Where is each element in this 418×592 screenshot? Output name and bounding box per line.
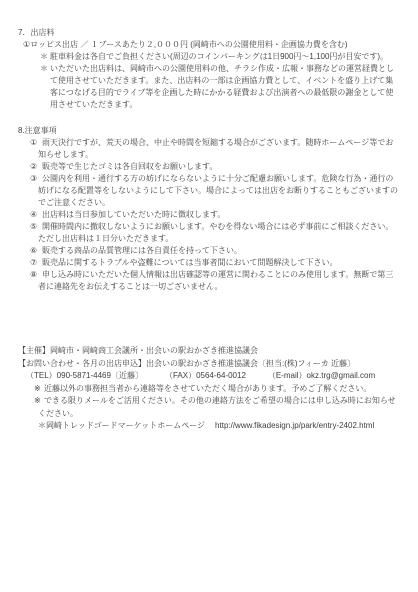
circled-number: ⑧ — [30, 269, 42, 281]
staff-note: ※近藤以外の事務担当者から連絡等をさせていただく場合があります。予めご了解くださ… — [18, 383, 401, 396]
parking-note: ＊駐車料金は各自でご負担ください(周辺のコインパーキングは1日900円～1,10… — [18, 51, 401, 63]
email-preference-note-text: できる限りメールをご活用ください。その他の連絡方法をご希望の場合には申し込み時に… — [38, 396, 396, 418]
asterisk-marker: ＊ — [40, 63, 50, 75]
notice-item-8: ⑧申し込み時にいただいた個人情報は出店確認等の運営に関わることにのみ使用します。… — [18, 269, 401, 293]
notice-item-1: ①雨天決行ですが、荒天の場合、中止や時間を短縮する場合がございます。随時ホームペ… — [18, 137, 401, 161]
fee-usage-note: ＊いただいた出店料は、岡崎市への公園使用料の他、チラシ作成・広報・事務などの運営… — [18, 63, 401, 111]
notice-item-6: ⑥販売する商品の品質管理には各自責任を持って下さい。 — [18, 245, 401, 257]
document-page: 7．出店料 ①ロッピス出店 ／ １ブースあたり２,０００円 (岡崎市への公園使用… — [0, 0, 418, 592]
circled-number: ④ — [30, 209, 42, 221]
staff-note-text: 近藤以外の事務担当者から連絡等をさせていただく場合があります。予めご了解ください… — [44, 384, 371, 393]
notice-item-7: ⑦販売品に関するトラブルや盗難については当事者間において問題解決して下さい。 — [18, 257, 401, 269]
organizer-line: 【主催】岡崎市・岡崎商工会議所・出会いの駅おかざき推進協議会 — [18, 345, 401, 358]
notice-item-3: ③公園内を利用・通行する方の妨げにならないように十分ご配慮お願いします。危険な行… — [18, 173, 401, 209]
circled-number: ⑥ — [30, 245, 42, 257]
booth-fee-line: ①ロッピス出店 ／ １ブースあたり２,０００円 (岡崎市への公園使用料・企画協力… — [23, 39, 401, 51]
email-preference-note: ※できる限りメールをご活用ください。その他の連絡方法をご希望の場合には申し込み時… — [18, 395, 401, 420]
notice-text: 販売する商品の品質管理には各自責任を持って下さい。 — [42, 246, 242, 255]
circled-number: ⑤ — [30, 221, 42, 233]
notice-text: 販売品に関するトラブルや盗難については当事者間において問題解決して下さい。 — [42, 258, 338, 267]
circled-number: ③ — [30, 173, 42, 185]
kome-marker: ※ — [34, 383, 44, 396]
asterisk-marker: ＊ — [40, 51, 50, 63]
notice-item-2: ②販売等で生じたゴミは各自回収をお願いします。 — [18, 161, 401, 173]
contact-line: 【お問い合わせ・各月の出店申込】出会いの駅おかざき推進協議会〔担当:(株)フィー… — [18, 358, 401, 371]
tel-value: （TEL）090-5871-4469〔近藤〕 — [26, 370, 143, 383]
contact-block: 【主催】岡崎市・岡崎商工会議所・出会いの駅おかざき推進協議会 【お問い合わせ・各… — [18, 345, 401, 433]
notice-text: 販売等で生じたゴミは各自回収をお願いします。 — [42, 162, 217, 171]
kome-marker: ※ — [34, 395, 44, 408]
section-notices: 8.注意事項 ①雨天決行ですが、荒天の場合、中止や時間を短縮する場合がございます… — [18, 125, 401, 293]
section7-heading: 7．出店料 — [18, 27, 401, 39]
notice-text: 出店料は当日参加していただいた時に徴収します。 — [42, 210, 225, 219]
email-value: （E-mail）okz.trg@gmail.com — [268, 370, 375, 383]
notice-text: 公園内を利用・通行する方の妨げにならないように十分ご配慮お願いします。危険な行為… — [38, 174, 398, 207]
notice-text: 雨天決行ですが、荒天の場合、中止や時間を短縮する場合がございます。随時ホームペー… — [38, 138, 393, 159]
fax-value: （FAX）0564-64-0012 — [165, 370, 246, 383]
circled-number: ② — [30, 161, 42, 173]
homepage-label: ＊岡崎トレッドゴードマーケットホームページ — [38, 421, 205, 430]
homepage-line: ＊岡崎トレッドゴードマーケットホームページhttp://www.fikadesi… — [38, 420, 401, 433]
notice-item-4: ④出店料は当日参加していただいた時に徴収します。 — [18, 209, 401, 221]
circled-number: ⑦ — [30, 257, 42, 269]
notice-text: 申し込み時にいただいた個人情報は出店確認等の運営に関わることにのみ使用します。無… — [38, 270, 393, 291]
homepage-url: http://www.fikadesign.jp/park/entry-2402… — [215, 421, 374, 430]
fee-usage-note-text: いただいた出店料は、岡崎市への公園使用料の他、チラシ作成・広報・事務などの運営経… — [50, 64, 394, 109]
section8-heading: 8.注意事項 — [18, 125, 401, 137]
circled-number: ① — [30, 137, 42, 149]
section-vendor-fee: 7．出店料 ①ロッピス出店 ／ １ブースあたり２,０００円 (岡崎市への公園使用… — [18, 27, 401, 111]
tel-fax-email-line: （TEL）090-5871-4469〔近藤〕（FAX）0564-64-0012（… — [26, 370, 401, 383]
notice-text: 開催時間内に撤収しないようにお願いします。やむを得ない場合には必ず事前にご相談く… — [38, 222, 393, 243]
notice-item-5: ⑤開催時間内に撤収しないようにお願いします。やむを得ない場合には必ず事前にご相談… — [18, 221, 401, 245]
parking-note-text: 駐車料金は各自でご負担ください(周辺のコインパーキングは1日900円～1,100… — [50, 52, 388, 61]
